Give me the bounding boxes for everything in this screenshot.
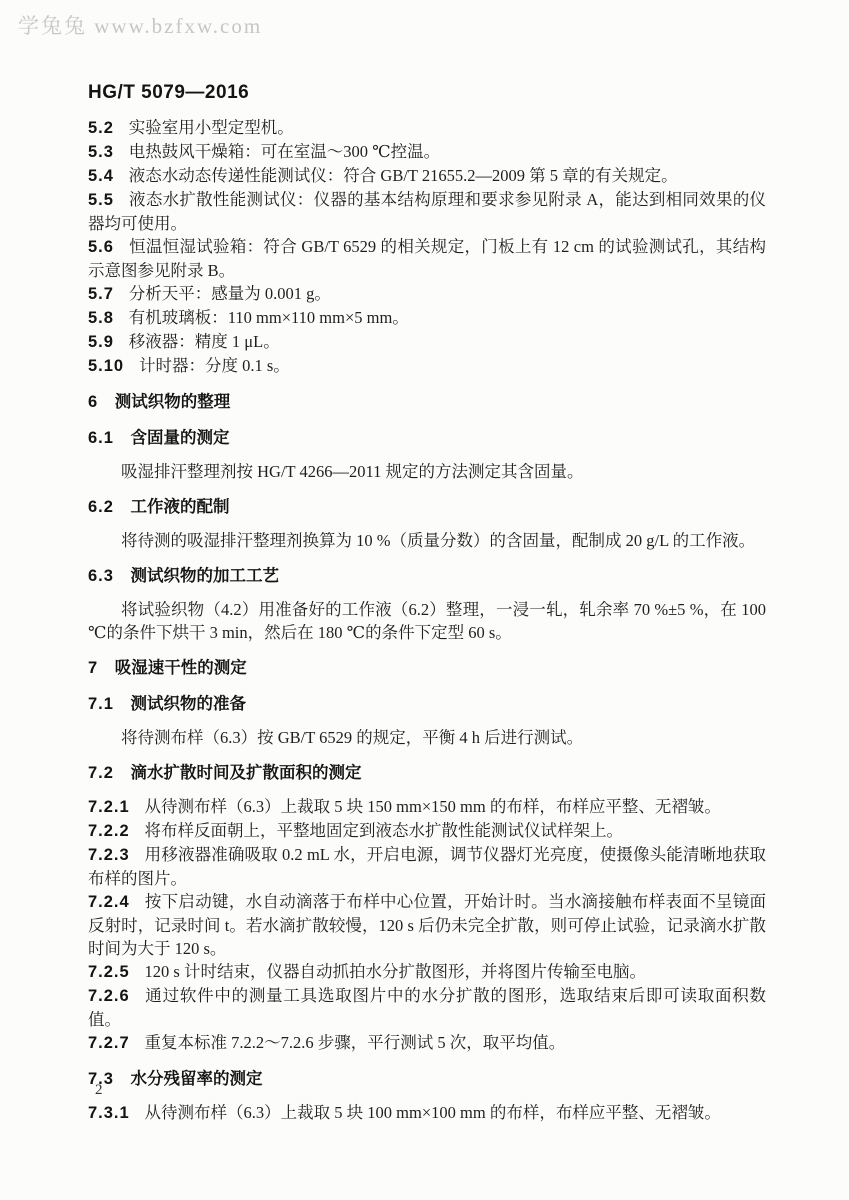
paragraph-text: 将待测布样（6.3）按 GB/T 6529 的规定，平衡 4 h 后进行测试。 xyxy=(88,726,766,749)
paragraph: 将待测的吸湿排汗整理剂换算为 10 %（质量分数）的含固量，配制成 20 g/L… xyxy=(88,529,766,552)
clause-text: 计时器：分度 0.1 s。 xyxy=(139,356,290,375)
subsection-heading: 7.2滴水扩散时间及扩散面积的测定 xyxy=(88,762,766,785)
standard-number-header: HG/T 5079—2016 xyxy=(88,82,249,104)
clause: 5.2实验室用小型定型机。 xyxy=(88,116,766,140)
clause-number: 7.2.7 xyxy=(88,1034,130,1052)
subsection-heading: 6.3测试织物的加工工艺 xyxy=(88,565,766,588)
clause-text: 滴水扩散时间及扩散面积的测定 xyxy=(130,764,361,782)
clause: 5.4液态水动态传递性能测试仪：符合 GB/T 21655.2—2009 第 5… xyxy=(88,164,766,188)
clause-number: 5.10 xyxy=(88,357,124,375)
clause-text: 测试织物的整理 xyxy=(115,393,231,411)
clause: 7.2.2将布样反面朝上，平整地固定到液态水扩散性能测试仪试样架上。 xyxy=(88,819,766,843)
clause-number: 5.3 xyxy=(88,143,114,161)
clause-text: 从待测布样（6.3）上裁取 5 块 150 mm×150 mm 的布样，布样应平… xyxy=(145,797,721,816)
clause-text: 有机玻璃板：110 mm×110 mm×5 mm。 xyxy=(129,308,409,327)
document-body: 5.2实验室用小型定型机。5.3电热鼓风干燥箱：可在室温～300 ℃控温。5.4… xyxy=(88,116,766,1125)
clause-text: 用移液器准确吸取 0.2 mL 水，开启电源，调节仪器灯光亮度，使摄像头能清晰地… xyxy=(88,845,766,888)
clause-text: 移液器：精度 1 μL。 xyxy=(129,332,280,351)
clause: 5.10计时器：分度 0.1 s。 xyxy=(88,354,766,378)
clause-number: 7.2.5 xyxy=(88,963,130,981)
clause-number: 7.2.1 xyxy=(88,798,130,816)
clause-number: 7.2 xyxy=(88,764,114,782)
clause-text: 将布样反面朝上，平整地固定到液态水扩散性能测试仪试样架上。 xyxy=(145,821,624,840)
paragraph: 将试验织物（4.2）用准备好的工作液（6.2）整理，一浸一轧，轧余率 70 %±… xyxy=(88,598,766,644)
paragraph-text: 将试验织物（4.2）用准备好的工作液（6.2）整理，一浸一轧，轧余率 70 %±… xyxy=(88,598,766,644)
clause-text: 工作液的配制 xyxy=(130,498,229,516)
clause-text: 120 s 计时结束，仪器自动抓拍水分扩散图形，并将图片传输至电脑。 xyxy=(145,962,646,981)
subsection-heading: 7.1测试织物的准备 xyxy=(88,693,766,716)
clause-text: 恒温恒湿试验箱：符合 GB/T 6529 的相关规定，门板上有 12 cm 的试… xyxy=(88,237,766,280)
clause-text: 吸湿速干性的测定 xyxy=(115,659,247,677)
clause-text: 液态水扩散性能测试仪：仪器的基本结构原理和要求参见附录 A，能达到相同效果的仪器… xyxy=(88,190,766,233)
clause-number: 7.2.2 xyxy=(88,822,130,840)
clause-text: 重复本标准 7.2.2～7.2.6 步骤，平行测试 5 次，取平均值。 xyxy=(145,1033,566,1052)
clause-text: 按下启动键，水自动滴落于布样中心位置，开始计时。当水滴接触布样表面不呈镜面反射时… xyxy=(88,892,766,958)
clause-text: 含固量的测定 xyxy=(130,429,229,447)
clause-text: 水分残留率的测定 xyxy=(130,1070,262,1088)
clause-text: 分析天平：感量为 0.001 g。 xyxy=(129,284,331,303)
clause-number: 7.2.6 xyxy=(88,987,130,1005)
clause: 5.8有机玻璃板：110 mm×110 mm×5 mm。 xyxy=(88,306,766,330)
clause: 5.3电热鼓风干燥箱：可在室温～300 ℃控温。 xyxy=(88,140,766,164)
clause-text: 测试织物的准备 xyxy=(130,695,246,713)
clause-number: 6.3 xyxy=(88,567,114,585)
clause-number: 5.6 xyxy=(88,238,114,256)
clause-number: 5.9 xyxy=(88,333,114,351)
clause-number: 6.1 xyxy=(88,429,114,447)
clause: 5.9移液器：精度 1 μL。 xyxy=(88,330,766,354)
clause: 7.2.4按下启动键，水自动滴落于布样中心位置，开始计时。当水滴接触布样表面不呈… xyxy=(88,890,766,960)
subsection-heading: 6.2工作液的配制 xyxy=(88,496,766,519)
watermark-text: 学兔兔 www.bzfxw.com xyxy=(18,10,262,40)
section-heading: 7吸湿速干性的测定 xyxy=(88,657,766,680)
page-number: 2 xyxy=(95,1082,103,1099)
clause-number: 7.1 xyxy=(88,695,114,713)
paragraph-text: 吸湿排汗整理剂按 HG/T 4266—2011 规定的方法测定其含固量。 xyxy=(88,460,766,483)
clause-number: 5.2 xyxy=(88,119,114,137)
clause: 7.2.6通过软件中的测量工具选取图片中的水分扩散的图形，选取结束后即可读取面积… xyxy=(88,984,766,1031)
clause: 7.2.5120 s 计时结束，仪器自动抓拍水分扩散图形，并将图片传输至电脑。 xyxy=(88,960,766,984)
section-heading: 6测试织物的整理 xyxy=(88,391,766,414)
subsection-heading: 6.1含固量的测定 xyxy=(88,427,766,450)
clause-number: 6.2 xyxy=(88,498,114,516)
clause: 7.2.3用移液器准确吸取 0.2 mL 水，开启电源，调节仪器灯光亮度，使摄像… xyxy=(88,843,766,890)
clause-number: 6 xyxy=(88,393,98,411)
clause-text: 液态水动态传递性能测试仪：符合 GB/T 21655.2—2009 第 5 章的… xyxy=(129,166,678,185)
paragraph-text: 将待测的吸湿排汗整理剂换算为 10 %（质量分数）的含固量，配制成 20 g/L… xyxy=(88,529,766,552)
clause-number: 5.4 xyxy=(88,167,114,185)
document-page: 学兔兔 www.bzfxw.com HG/T 5079—2016 5.2实验室用… xyxy=(0,0,849,1200)
clause: 5.6恒温恒湿试验箱：符合 GB/T 6529 的相关规定，门板上有 12 cm… xyxy=(88,235,766,282)
clause-number: 7.3.1 xyxy=(88,1104,130,1122)
clause-text: 通过软件中的测量工具选取图片中的水分扩散的图形，选取结束后即可读取面积数值。 xyxy=(88,986,766,1029)
clause-number: 7.2.4 xyxy=(88,893,130,911)
clause: 7.3.1从待测布样（6.3）上裁取 5 块 100 mm×100 mm 的布样… xyxy=(88,1101,766,1125)
clause: 5.5液态水扩散性能测试仪：仪器的基本结构原理和要求参见附录 A，能达到相同效果… xyxy=(88,188,766,235)
clause-text: 电热鼓风干燥箱：可在室温～300 ℃控温。 xyxy=(129,142,440,161)
paragraph: 吸湿排汗整理剂按 HG/T 4266—2011 规定的方法测定其含固量。 xyxy=(88,460,766,483)
clause-text: 测试织物的加工工艺 xyxy=(130,567,279,585)
clause-number: 7 xyxy=(88,659,98,677)
paragraph: 将待测布样（6.3）按 GB/T 6529 的规定，平衡 4 h 后进行测试。 xyxy=(88,726,766,749)
clause-number: 5.7 xyxy=(88,285,114,303)
clause-text: 实验室用小型定型机。 xyxy=(129,118,294,137)
clause: 7.2.1从待测布样（6.3）上裁取 5 块 150 mm×150 mm 的布样… xyxy=(88,795,766,819)
subsection-heading: 7.3水分残留率的测定 xyxy=(88,1068,766,1091)
clause-text: 从待测布样（6.3）上裁取 5 块 100 mm×100 mm 的布样，布样应平… xyxy=(145,1103,721,1122)
clause: 7.2.7重复本标准 7.2.2～7.2.6 步骤，平行测试 5 次，取平均值。 xyxy=(88,1031,766,1055)
clause-number: 7.2.3 xyxy=(88,846,130,864)
clause: 5.7分析天平：感量为 0.001 g。 xyxy=(88,282,766,306)
clause-number: 5.5 xyxy=(88,191,114,209)
clause-number: 5.8 xyxy=(88,309,114,327)
